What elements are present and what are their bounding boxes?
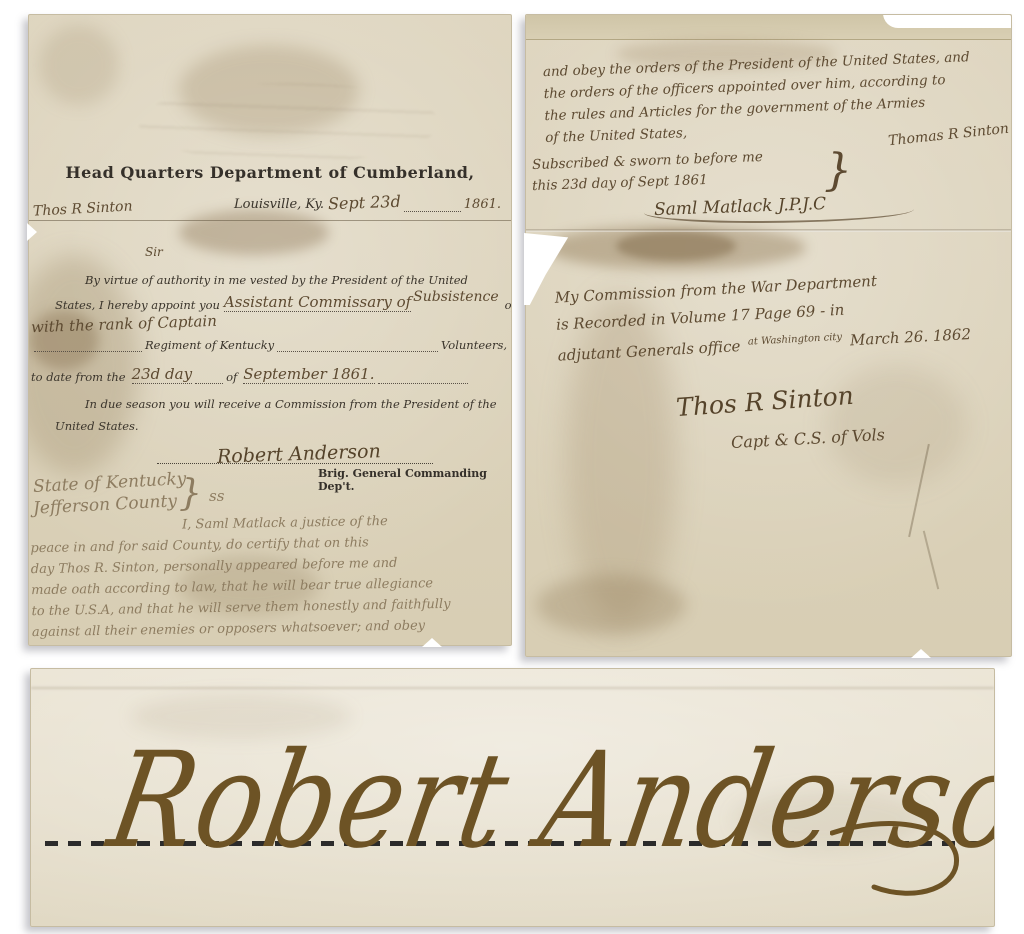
paper-stain <box>179 45 359 135</box>
fold-crease <box>526 229 1011 232</box>
sinton-title: Capt & C.S. of Vols <box>731 425 886 452</box>
regiment-row: Regiment of Kentucky Volunteers, <box>31 337 507 352</box>
torn-edge-notch <box>27 223 37 241</box>
city-label: Louisville, Ky. <box>234 197 324 212</box>
addressee-name: Thos R Sinton <box>33 198 133 219</box>
handwritten-appointment: Assistant Commissary of <box>224 293 411 312</box>
strip-surface: Robert Anderson <box>31 669 994 926</box>
notary-brace: } <box>179 473 202 514</box>
regiment-label: Regiment of Kentucky <box>145 338 274 352</box>
oath-verso-page: and obey the orders of the President of … <box>525 14 1012 657</box>
fold-crease <box>31 687 994 689</box>
signature-flourish-curl <box>830 807 980 917</box>
dotted-leader <box>195 369 223 384</box>
torn-edge-notch <box>911 649 931 658</box>
fold-wave <box>883 15 1011 28</box>
handwritten-date: Sept 23d <box>328 192 401 214</box>
signature-flourish-line <box>644 201 914 223</box>
subscribed-line-1: Subscribed & sworn to before me <box>532 149 763 173</box>
paper-stain <box>179 210 329 255</box>
body-line-2-post: of the <box>505 298 511 312</box>
dotted-leader <box>378 369 469 384</box>
signature-title: Brig. General Commanding Dep't. <box>318 467 511 493</box>
body-line-1: By virtue of authority in me vested by t… <box>85 273 468 287</box>
handwritten-day: 23d day <box>132 365 192 384</box>
note-line-3-post: March 26. 1862 <box>850 325 972 349</box>
commission-date-row: to date from the 23d day of September 18… <box>31 365 471 384</box>
dotted-leader <box>404 197 461 212</box>
ruled-line <box>29 220 511 221</box>
date-pre-label: to date from the <box>31 370 126 384</box>
paper-stain <box>536 575 686 635</box>
anderson-signature: Robert Anderson <box>217 440 381 468</box>
signature-rule: Robert Anderson <box>157 431 433 464</box>
salutation: Sir <box>145 245 163 259</box>
commission-letter-page: Head Quarters Department of Cumberland, … <box>28 14 512 646</box>
paper-crack <box>923 531 939 590</box>
dateline-row: Louisville, Ky. Sept 23d 1861. <box>234 193 501 212</box>
dotted-leader <box>277 337 438 352</box>
closing-line-2: United States. <box>55 419 139 433</box>
paper-stain <box>39 25 119 105</box>
paper-stain <box>616 231 736 261</box>
paper-crack <box>908 444 930 537</box>
body-line-2-pre: States, I hereby appoint you <box>55 298 220 312</box>
date-of-label: of <box>226 370 237 384</box>
closing-line-1: In due season you will receive a Commiss… <box>85 397 497 411</box>
left-page-surface: Head Quarters Department of Cumberland, … <box>29 15 511 645</box>
sinton-signature-main: Thos R Sinton <box>675 381 854 422</box>
right-page-surface: and obey the orders of the President of … <box>526 15 1011 656</box>
handwritten-rank-note: with the rank of Captain <box>31 312 217 336</box>
handwritten-appointment-raised: Subsistence <box>413 289 498 305</box>
signature-closeup-strip: Robert Anderson <box>30 668 995 927</box>
note-line-3-pre: adjutant Generals office <box>557 337 740 365</box>
handwritten-year: 1861. <box>464 197 501 212</box>
torn-edge-notch <box>422 638 442 647</box>
commission-note: My Commission from the War Department is… <box>554 261 1005 369</box>
volunteers-label: Volunteers, <box>441 338 507 352</box>
ink-bleed-through <box>139 83 439 163</box>
inserted-note: at Washington city <box>748 332 843 348</box>
ss-mark: ss <box>209 487 224 505</box>
handwritten-month: September 1861. <box>243 365 374 384</box>
letterhead-title: Head Quarters Department of Cumberland, <box>29 163 511 182</box>
appointment-row: States, I hereby appoint you Assistant C… <box>55 293 507 312</box>
oath-paragraph: I, Saml Matlack a justice of the peace i… <box>30 509 510 643</box>
dotted-leader <box>34 337 142 352</box>
subscribed-line-2: this 23d day of Sept 1861 <box>532 172 708 194</box>
subscribed-brace: } <box>824 145 852 196</box>
